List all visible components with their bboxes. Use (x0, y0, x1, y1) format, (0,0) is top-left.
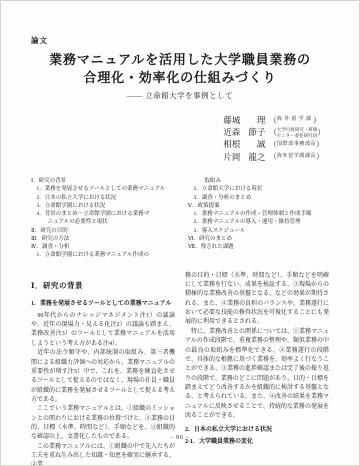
toc-entry: 2．日本の私立大学における状況 (31, 194, 172, 202)
paper-type-label: 論文 (31, 35, 329, 46)
section-heading: Ⅰ．研究の背景 (31, 280, 175, 292)
author-row: 近森 節子 （大学行政研究・研修センター専任研究員） (223, 127, 325, 138)
toc-entry: Ⅱ．研究の目的 (31, 227, 172, 235)
toc-entry: 1．業務マニュアルの作成・管理体制と作成手順 (188, 210, 329, 218)
paper-title: 業務マニュアルを活用した大学職員業務の 合理化・効率化の仕組みづくり (31, 51, 329, 86)
toc-entry: 2．業務マニュアルの導入・運用・維持管理 (188, 218, 329, 226)
author-surname: 近森 (223, 127, 240, 138)
author-name: 藤城 理 (223, 115, 265, 126)
paragraph: 特に、業務改善との関係については、①業務マニュアルの作成段階で、重複業務の整理や… (185, 328, 329, 422)
toc-right-column: 取組み 2．立命館大学における現状 3．調査・分析のまとめ Ⅴ．政策提案 1．業… (188, 177, 329, 260)
paren-open: （ (269, 152, 277, 161)
title-line-1: 業務マニュアルを活用した大学職員業務の (31, 51, 329, 69)
toc-entry: 3．導入スケジュール (188, 227, 329, 235)
author-block: 藤城 理 （海外留学課） 近森 節子 （大学行政研究・研修センター専任研究員） … (223, 115, 325, 162)
author-given-name: 誠 (257, 139, 266, 150)
author-name: 近森 節子 (223, 127, 265, 138)
author-row: 藤城 理 （海外留学課） (223, 115, 325, 126)
toc-entry: Ⅳ．調査・分析 (31, 243, 172, 251)
paragraph: 近年の法令順守や、内部統制の取組み、第三者機関による組織力評価への対応から、業務… (31, 349, 175, 405)
subsection-heading: 1．業務を発展させるツールとしての業務マニュアル (31, 300, 175, 309)
toc-entry: 2．立命館大学における現状 (188, 185, 329, 193)
paragraph: 務の目的・目標（水準、時間など）、手順などを明確にして業務を行ない、成果を検証す… (185, 272, 329, 328)
toc-entry: Ⅶ．残された課題 (188, 243, 329, 251)
toc-entry: Ⅰ．研究の背景 (31, 177, 172, 185)
author-given-name: 龍之 (248, 152, 265, 163)
author-name: 片岡 龍之 (223, 152, 265, 163)
author-row: 片岡 龍之 （海外留学課課長） (223, 152, 325, 163)
affiliation-stack: 大学行政研究・研修センター専任研究員 (277, 127, 318, 138)
toc-left-column: Ⅰ．研究の背景 1．業務を発展させるツールとしての業務マニュアル 2．日本の私立… (31, 177, 172, 260)
page-number: - 96 - (1, 435, 359, 441)
author-affiliation: （海外留学課） (269, 116, 320, 125)
paragraph: この業務マニュアルには、①組織の中で先人たちが工夫を重ね生み出した知識・知恵を確… (31, 443, 175, 466)
author-surname: 藤城 (223, 115, 240, 126)
paren-close: ） (316, 140, 324, 149)
toc-entry: 4．背景のまとめ－立命館学園における業務マ (31, 210, 172, 218)
author-affiliation: （大学行政研究・研修センター専任研究員） (269, 127, 325, 138)
toc-entry: ニュアルの必要性と現状 (31, 218, 172, 226)
author-affiliation: （海外留学課課長） (269, 152, 323, 161)
toc-entry: 3．調査・分析のまとめ (188, 194, 329, 202)
toc-entry: Ⅲ．研究の方法 (31, 235, 172, 243)
toc-entry: 取組み (188, 177, 329, 185)
author-affiliation: （国際部事務部長） (269, 140, 323, 149)
toc-entry: 1．立命館学園における業務マニュアル作成の (31, 251, 172, 259)
paren-close: ） (313, 116, 321, 125)
paren-open: （ (269, 116, 277, 125)
toc-entry: Ⅴ．政策提案 (188, 202, 329, 210)
paren-close: ） (318, 128, 326, 137)
table-of-contents: Ⅰ．研究の背景 1．業務を発展させるツールとしての業務マニュアル 2．日本の私立… (31, 177, 329, 260)
author-given-name: 理 (257, 115, 266, 126)
paper-subtitle: ―― 立命館大学を事例として (31, 90, 329, 101)
toc-entry: Ⅵ．研究のまとめ (188, 235, 329, 243)
toc-entry: 1．業務を発展させるツールとしての業務マニュアル (31, 185, 172, 193)
author-surname: 相根 (223, 139, 240, 150)
toc-entry: 3．立命館学園における状況 (31, 202, 172, 210)
author-surname: 片岡 (223, 152, 240, 163)
title-line-2: 合理化・効率化の仕組みづくり (31, 69, 329, 87)
author-given-name: 節子 (248, 127, 265, 138)
author-row: 相根 誠 （国際部事務部長） (223, 139, 325, 150)
paren-close: ） (316, 152, 324, 161)
paren-open: （ (269, 128, 277, 137)
author-name: 相根 誠 (223, 139, 265, 150)
paragraph: 90年代からのナレッジマネジメント注1）の議論や、近年の現場力・見える化注2）の… (31, 312, 175, 349)
paper-page: 論文 業務マニュアルを活用した大学職員業務の 合理化・効率化の仕組みづくり ――… (0, 0, 360, 466)
paren-open: （ (269, 140, 277, 149)
